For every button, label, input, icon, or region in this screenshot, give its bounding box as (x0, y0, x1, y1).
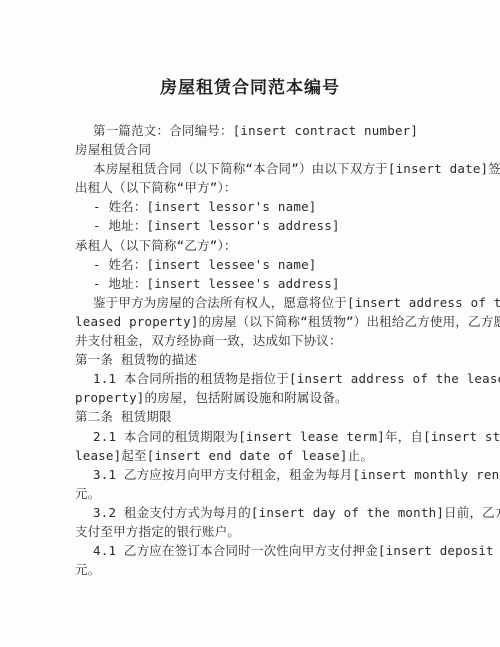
document-line: - 地址：[insert lessor's address] (75, 216, 435, 235)
document-page: 房屋租赁合同范本编号 第一篇范文：合同编号：[insert contract n… (0, 0, 500, 647)
document-line: 承租人（以下简称“乙方”）： (75, 236, 435, 255)
document-line: 出租人（以下简称“甲方”）： (75, 178, 435, 197)
document-line: 2.1 本合同的租赁期限为[insert lease term]年，自[inse… (75, 427, 435, 446)
document-line: lease]起至[insert end date of lease]止。 (75, 446, 435, 465)
document-line: - 地址：[insert lessee's address] (75, 274, 435, 293)
document-line: 3.1 乙方应按月向甲方支付租金，租金为每月[insert monthly re… (75, 465, 435, 484)
document-line: 第二条 租赁期限 (75, 407, 435, 426)
document-line: 本房屋租赁合同（以下简称“本合同”）由以下双方于[insert date]签订： (75, 159, 435, 178)
document-line: 第一篇范文：合同编号：[insert contract number] (75, 121, 435, 140)
document-line: property]的房屋，包括附属设施和附属设备。 (75, 388, 435, 407)
document-line: 房屋租赁合同 (75, 140, 435, 159)
document-line: 4.1 乙方应在签订本合同时一次性向甲方支付押金[insert deposit … (75, 541, 435, 560)
document-line: 元。 (75, 484, 435, 503)
document-line: 3.2 租金支付方式为每月的[insert day of the month]日… (75, 503, 435, 522)
document-line: 第一条 租赁物的描述 (75, 350, 435, 369)
document-line: 支付至甲方指定的银行账户。 (75, 522, 435, 541)
document-line: 并支付租金，双方经协商一致，达成如下协议： (75, 331, 435, 350)
document-line: leased property]的房屋（以下简称“租赁物”）出租给乙方使用，乙方… (75, 312, 435, 331)
document-line: - 姓名：[insert lessor's name] (75, 197, 435, 216)
document-line: - 姓名：[insert lessee's name] (75, 255, 435, 274)
document-line: 1.1 本合同所指的租赁物是指位于[insert address of the … (75, 369, 435, 388)
document-line: 元。 (75, 560, 435, 579)
document-title: 房屋租赁合同范本编号 (0, 73, 500, 98)
document-line: 鉴于甲方为房屋的合法所有权人，愿意将位于[insert address of t… (75, 293, 435, 312)
document-body: 第一篇范文：合同编号：[insert contract number]房屋租赁合… (75, 121, 435, 579)
